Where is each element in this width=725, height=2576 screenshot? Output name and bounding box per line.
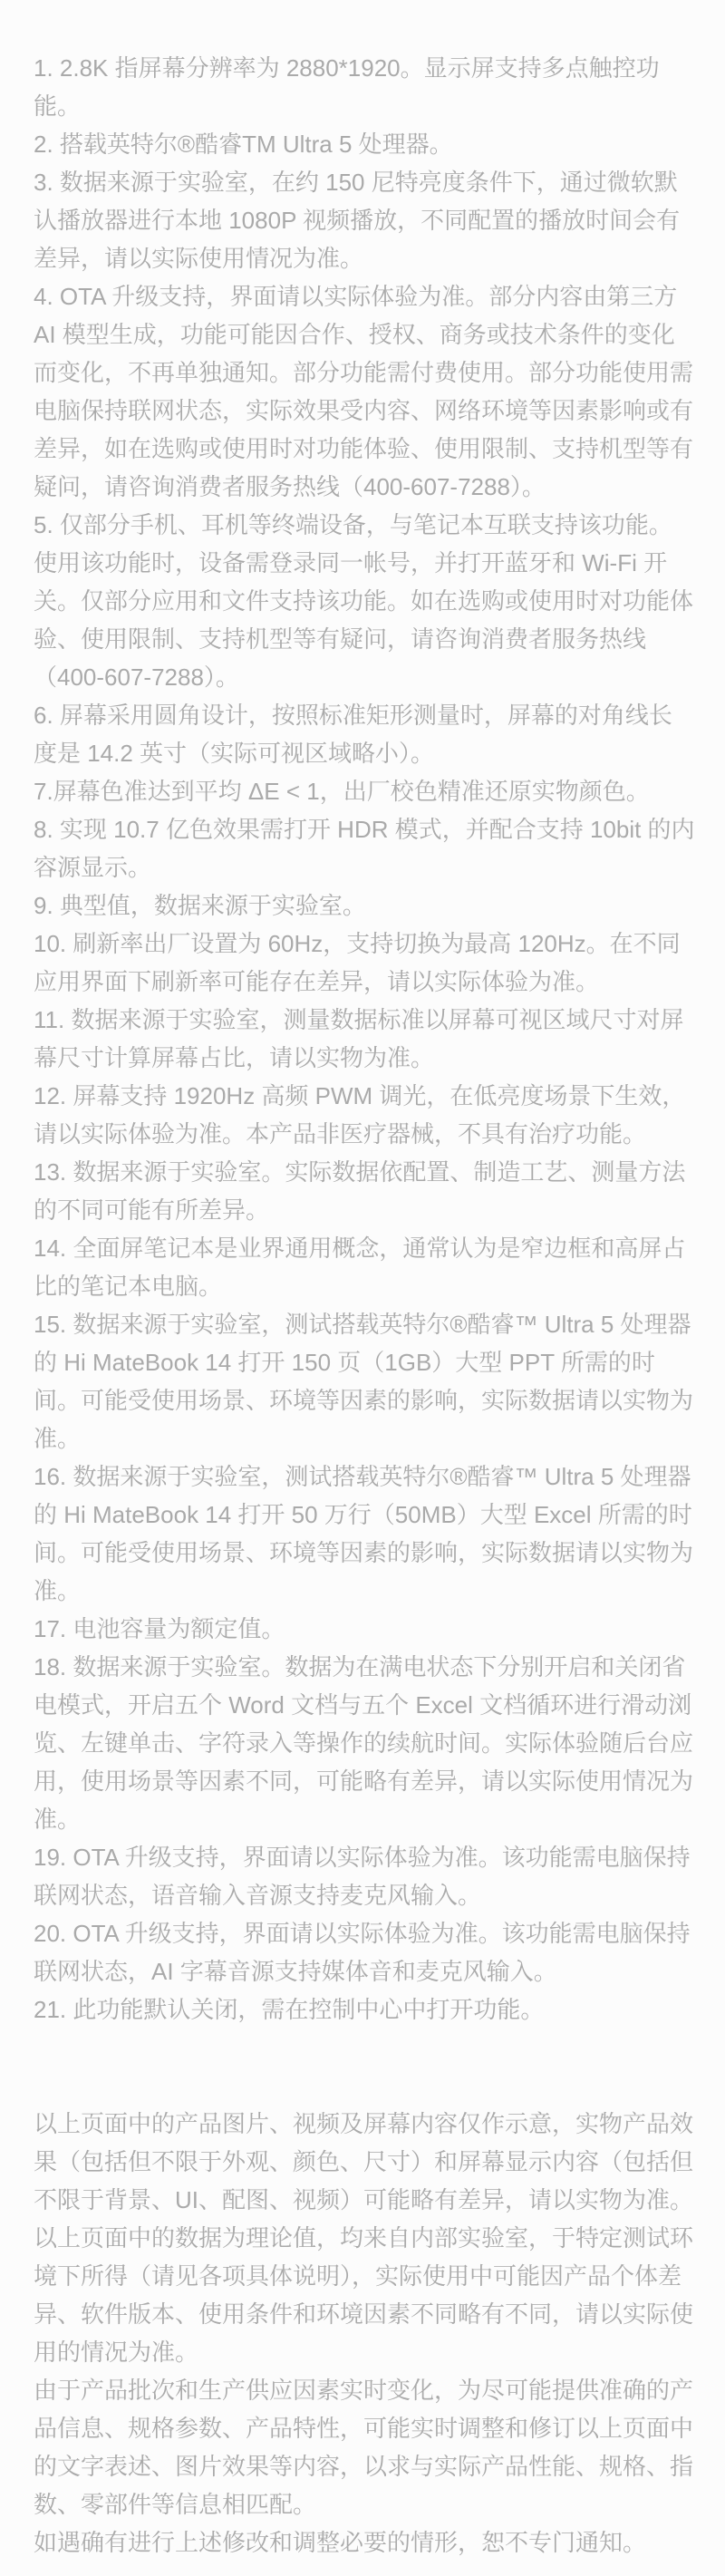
footnote-item: 20. OTA 升级支持，界面请以实际体验为准。该功能需电脑保持联网状态，AI … xyxy=(34,1914,695,1990)
footnote-item: 1. 2.8K 指屏幕分辨率为 2880*1920。显示屏支持多点触控功能。 xyxy=(34,49,695,125)
footnote-item: 13. 数据来源于实验室。实际数据依配置、制造工艺、测量方法的不同可能有所差异。 xyxy=(34,1153,695,1229)
footnote-item: 11. 数据来源于实验室，测量数据标准以屏幕可视区域尺寸对屏幕尺寸计算屏幕占比，… xyxy=(34,1001,695,1077)
footnote-item: 16. 数据来源于实验室，测试搭载英特尔®酷睿™ Ultra 5 处理器的 Hi… xyxy=(34,1457,695,1610)
legal-paragraph: 如遇确有进行上述修改和调整必要的情形，恕不专门通知。 xyxy=(34,2523,695,2561)
footnote-item: 15. 数据来源于实验室，测试搭载英特尔®酷睿™ Ultra 5 处理器的 Hi… xyxy=(34,1305,695,1457)
footnote-item: 8. 实现 10.7 亿色效果需打开 HDR 模式，并配合支持 10bit 的内… xyxy=(34,810,695,886)
footnote-item: 14. 全面屏笔记本是业界通用概念，通常认为是窄边框和高屏占比的笔记本电脑。 xyxy=(34,1229,695,1305)
footnote-item: 10. 刷新率出厂设置为 60Hz，支持切换为最高 120Hz。在不同应用界面下… xyxy=(34,925,695,1001)
footnote-item: 2. 搭载英特尔®酷睿TM Ultra 5 处理器。 xyxy=(34,125,695,163)
footnote-item: 7.屏幕色准达到平均 ΔE < 1，出厂校色精准还原实物颜色。 xyxy=(34,772,695,810)
footnote-list: 1. 2.8K 指屏幕分辨率为 2880*1920。显示屏支持多点触控功能。 2… xyxy=(34,49,695,2029)
footnote-item: 4. OTA 升级支持，界面请以实际体验为准。部分内容由第三方 AI 模型生成，… xyxy=(34,277,695,506)
legal-paragraph: 以上页面中的数据为理论值，均来自内部实验室，于特定测试环境下所得（请见各项具体说… xyxy=(34,2219,695,2371)
footnote-item: 17. 电池容量为额定值。 xyxy=(34,1610,695,1648)
footnote-item: 5. 仅部分手机、耳机等终端设备，与笔记本互联支持该功能。使用该功能时，设备需登… xyxy=(34,506,695,696)
disclaimer-page: 1. 2.8K 指屏幕分辨率为 2880*1920。显示屏支持多点触控功能。 2… xyxy=(0,0,725,2576)
footnote-item: 18. 数据来源于实验室。数据为在满电状态下分别开启和关闭省电模式，开启五个 W… xyxy=(34,1648,695,1838)
footnote-item: 3. 数据来源于实验室，在约 150 尼特亮度条件下，通过微软默认播放器进行本地… xyxy=(34,163,695,277)
footnote-item: 12. 屏幕支持 1920Hz 高频 PWM 调光，在低亮度场景下生效，请以实际… xyxy=(34,1077,695,1153)
legal-paragraph: 由于产品批次和生产供应因素实时变化，为尽可能提供准确的产品信息、规格参数、产品特… xyxy=(34,2371,695,2523)
footnote-item: 9. 典型值，数据来源于实验室。 xyxy=(34,886,695,925)
footnote-item: 6. 屏幕采用圆角设计，按照标准矩形测量时，屏幕的对角线长度是 14.2 英寸（… xyxy=(34,696,695,772)
legal-notes: 以上页面中的产品图片、视频及屏幕内容仅作示意，实物产品效果（包括但不限于外观、颜… xyxy=(34,2105,695,2561)
footnote-item: 19. OTA 升级支持，界面请以实际体验为准。该功能需电脑保持联网状态，语音输… xyxy=(34,1838,695,1914)
footnote-item: 21. 此功能默认关闭，需在控制中心中打开功能。 xyxy=(34,1990,695,2029)
legal-paragraph: 以上页面中的产品图片、视频及屏幕内容仅作示意，实物产品效果（包括但不限于外观、颜… xyxy=(34,2105,695,2219)
